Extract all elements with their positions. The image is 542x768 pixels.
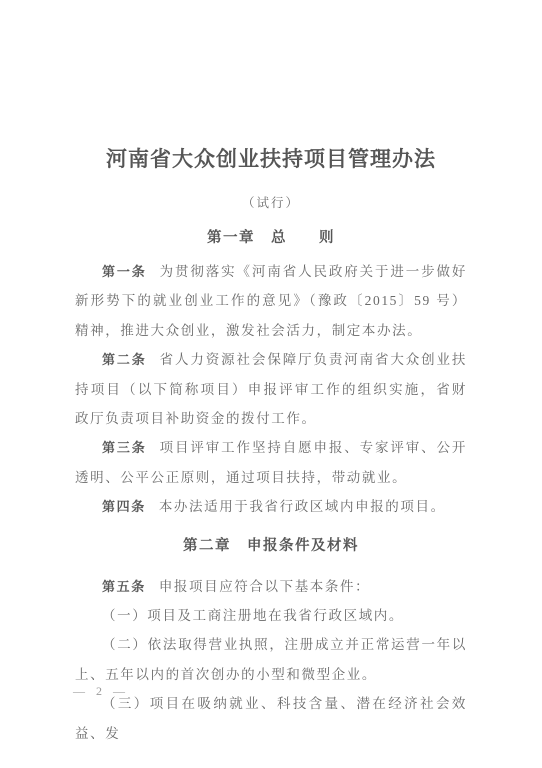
- article-list-item: （三）项目在吸纳就业、科技含量、潜在经济社会效益、发: [75, 689, 467, 748]
- document-page: 河南省大众创业扶持项目管理办法 （试行） 第一章 总 则 第一条为贯彻落实《河南…: [0, 0, 542, 768]
- chapter-1-heading: 第一章 总 则: [75, 229, 467, 247]
- article-lead: 第五条: [102, 579, 146, 594]
- article-list-item: （一）项目及工商注册地在我省行政区域内。: [75, 601, 467, 630]
- article-paragraph: 第五条申报项目应符合以下基本条件：: [75, 572, 467, 601]
- page-number: — 2 —: [73, 684, 129, 699]
- article-text: 申报项目应符合以下基本条件：: [159, 579, 370, 594]
- article-list-item: （二）依法取得营业执照，注册成立并正常运营一年以上、五年以内的首次创办的小型和微…: [75, 630, 467, 689]
- article-paragraph: 第二条省人力资源社会保障厅负责河南省大众创业扶持项目（以下简称项目）申报评审工作…: [75, 345, 467, 433]
- chapter-2-heading: 第二章 申报条件及材料: [75, 537, 467, 555]
- document-title: 河南省大众创业扶持项目管理办法: [75, 146, 467, 172]
- article-text: （二）依法取得营业执照，注册成立并正常运营一年以上、五年以内的首次创办的小型和微…: [75, 637, 467, 681]
- article-lead: 第一条: [102, 264, 147, 279]
- article-paragraph: 第一条为贯彻落实《河南省人民政府关于进一步做好新形势下的就业创业工作的意见》（豫…: [75, 257, 467, 345]
- article-text: （三）项目在吸纳就业、科技含量、潜在经济社会效益、发: [75, 696, 467, 740]
- article-lead: 第二条: [102, 352, 147, 367]
- document-subtitle: （试行）: [75, 195, 467, 211]
- article-paragraph: 第三条项目评审工作坚持自愿申报、专家评审、公开透明、公平公正原则，通过项目扶持，…: [75, 433, 467, 492]
- document-body: 第一条为贯彻落实《河南省人民政府关于进一步做好新形势下的就业创业工作的意见》（豫…: [75, 257, 467, 748]
- article-lead: 第四条: [102, 499, 146, 514]
- article-paragraph: 第四条本办法适用于我省行政区域内申报的项目。: [75, 492, 467, 521]
- article-lead: 第三条: [102, 440, 147, 455]
- article-text: （一）项目及工商注册地在我省行政区域内。: [102, 608, 404, 623]
- article-text: 本办法适用于我省行政区域内申报的项目。: [159, 499, 446, 514]
